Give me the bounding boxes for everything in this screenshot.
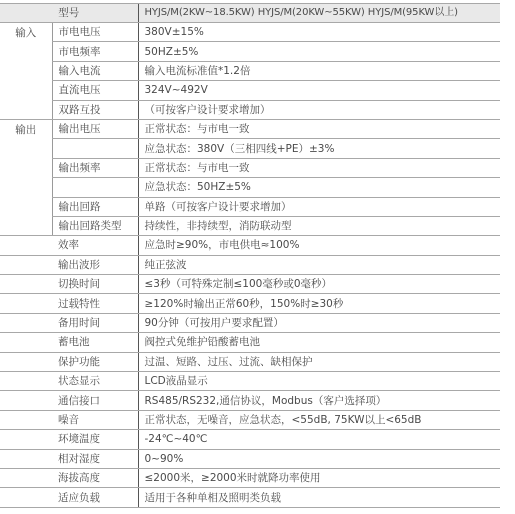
table-row: 市电频率 50HZ±5% — [0, 42, 500, 61]
row-value: 324V~492V — [138, 81, 500, 100]
table-row: 输入 市电电压 380V±15% — [0, 23, 500, 42]
row-value: 单路（可按客户设计要求增加） — [138, 197, 500, 216]
row-label: 海拔高度 — [0, 468, 138, 487]
row-value: 过温、短路、过压、过流、缺相保护 — [138, 352, 500, 371]
row-value: 阀控式免维护铅酸蓄电池 — [138, 333, 500, 352]
spec-table: 型号 HYJS/M(2KW~18.5KW) HYJS/M(20KW~55KW) … — [0, 3, 500, 508]
table-row: 输出回路类型 持续性，非持续型，消防联动型 — [0, 216, 500, 235]
row-value: 应急时≥90%，市电供电≈100% — [138, 236, 500, 255]
model-label: 型号 — [0, 4, 138, 23]
table-row: 输出频率 正常状态：与市电一致 — [0, 158, 500, 177]
table-row: 应急状态：50HZ±5% — [0, 178, 500, 197]
table-row: 环境温度 -24℃~40℃ — [0, 430, 500, 449]
row-label: 噪音 — [0, 410, 138, 429]
category-input: 输入 — [0, 23, 52, 120]
row-value: 应急状态：380V（三相四线+PE）±3% — [138, 139, 500, 158]
row-value: 输入电流标准值*1.2倍 — [138, 61, 500, 80]
row-value: ≤3秒（可特殊定制≤100毫秒或0毫秒） — [138, 275, 500, 294]
row-label: 备用时间 — [0, 313, 138, 332]
table-row: 状态显示 LCD液晶显示 — [0, 372, 500, 391]
row-value: 0~90% — [138, 449, 500, 468]
row-value: 正常状态：与市电一致 — [138, 119, 500, 138]
row-value: 正常状态：与市电一致 — [138, 158, 500, 177]
row-label: 切换时间 — [0, 275, 138, 294]
header-row: 型号 HYJS/M(2KW~18.5KW) HYJS/M(20KW~55KW) … — [0, 4, 500, 23]
table-row: 切换时间 ≤3秒（可特殊定制≤100毫秒或0毫秒） — [0, 275, 500, 294]
table-row: 相对湿度 0~90% — [0, 449, 500, 468]
row-label: 输出电压 — [52, 119, 138, 138]
row-value: 应急状态：50HZ±5% — [138, 178, 500, 197]
row-value: 持续性，非持续型，消防联动型 — [138, 216, 500, 235]
row-value: ≤2000米，≥2000米时就降功率使用 — [138, 468, 500, 487]
table-row: 蓄电池 阀控式免维护铅酸蓄电池 — [0, 333, 500, 352]
row-label: 过载特性 — [0, 294, 138, 313]
table-row: 应急状态：380V（三相四线+PE）±3% — [0, 139, 500, 158]
table-row: 输入电流 输入电流标准值*1.2倍 — [0, 61, 500, 80]
row-value: 正常状态，无噪音，应急状态，<55dB, 75KW以上<65dB — [138, 410, 500, 429]
row-value: 380V±15% — [138, 23, 500, 42]
row-label: 通信接口 — [0, 391, 138, 410]
row-value: LCD液晶显示 — [138, 372, 500, 391]
row-label: 输出回路 — [52, 197, 138, 216]
row-value: 90分钟（可按用户要求配置） — [138, 313, 500, 332]
row-label: 状态显示 — [0, 372, 138, 391]
table-row: 过载特性 ≥120%时输出正常60秒，150%时≥30秒 — [0, 294, 500, 313]
model-names: HYJS/M(2KW~18.5KW) HYJS/M(20KW~55KW) HYJ… — [138, 4, 500, 23]
table-row: 直流电压 324V~492V — [0, 81, 500, 100]
row-label: 效率 — [0, 236, 138, 255]
table-row: 噪音 正常状态，无噪音，应急状态，<55dB, 75KW以上<65dB — [0, 410, 500, 429]
table-row: 输出回路 单路（可按客户设计要求增加） — [0, 197, 500, 216]
row-label: 输出波形 — [0, 255, 138, 274]
row-label: 保护功能 — [0, 352, 138, 371]
spec-table-container: 型号 HYJS/M(2KW~18.5KW) HYJS/M(20KW~55KW) … — [0, 3, 500, 508]
row-label: 直流电压 — [52, 81, 138, 100]
row-value: 适用于各种单相及照明类负载 — [138, 488, 500, 507]
table-row: 输出 输出电压 正常状态：与市电一致 — [0, 119, 500, 138]
table-row: 备用时间 90分钟（可按用户要求配置） — [0, 313, 500, 332]
row-label: 市电频率 — [52, 42, 138, 61]
row-label: 市电电压 — [52, 23, 138, 42]
row-value: 纯正弦波 — [138, 255, 500, 274]
row-label: 环境温度 — [0, 430, 138, 449]
table-row: 输出波形 纯正弦波 — [0, 255, 500, 274]
table-row: 保护功能 过温、短路、过压、过流、缺相保护 — [0, 352, 500, 371]
table-row: 通信接口 RS485/RS232,通信协议，Modbus（客户选择项） — [0, 391, 500, 410]
row-label: 输出频率 — [52, 158, 138, 177]
row-label — [52, 139, 138, 158]
row-value: RS485/RS232,通信协议，Modbus（客户选择项） — [138, 391, 500, 410]
table-row: 海拔高度 ≤2000米，≥2000米时就降功率使用 — [0, 468, 500, 487]
row-label: 输入电流 — [52, 61, 138, 80]
row-label: 相对湿度 — [0, 449, 138, 468]
category-output: 输出 — [0, 119, 52, 235]
row-label: 适应负载 — [0, 488, 138, 507]
table-row: 双路互投 （可按客户设计要求增加） — [0, 100, 500, 119]
row-label: 蓄电池 — [0, 333, 138, 352]
row-label: 输出回路类型 — [52, 216, 138, 235]
row-label — [52, 178, 138, 197]
table-row: 效率 应急时≥90%，市电供电≈100% — [0, 236, 500, 255]
row-value: 50HZ±5% — [138, 42, 500, 61]
row-label: 双路互投 — [52, 100, 138, 119]
row-value: （可按客户设计要求增加） — [138, 100, 500, 119]
row-value: -24℃~40℃ — [138, 430, 500, 449]
table-row: 适应负载 适用于各种单相及照明类负载 — [0, 488, 500, 507]
row-value: ≥120%时输出正常60秒，150%时≥30秒 — [138, 294, 500, 313]
